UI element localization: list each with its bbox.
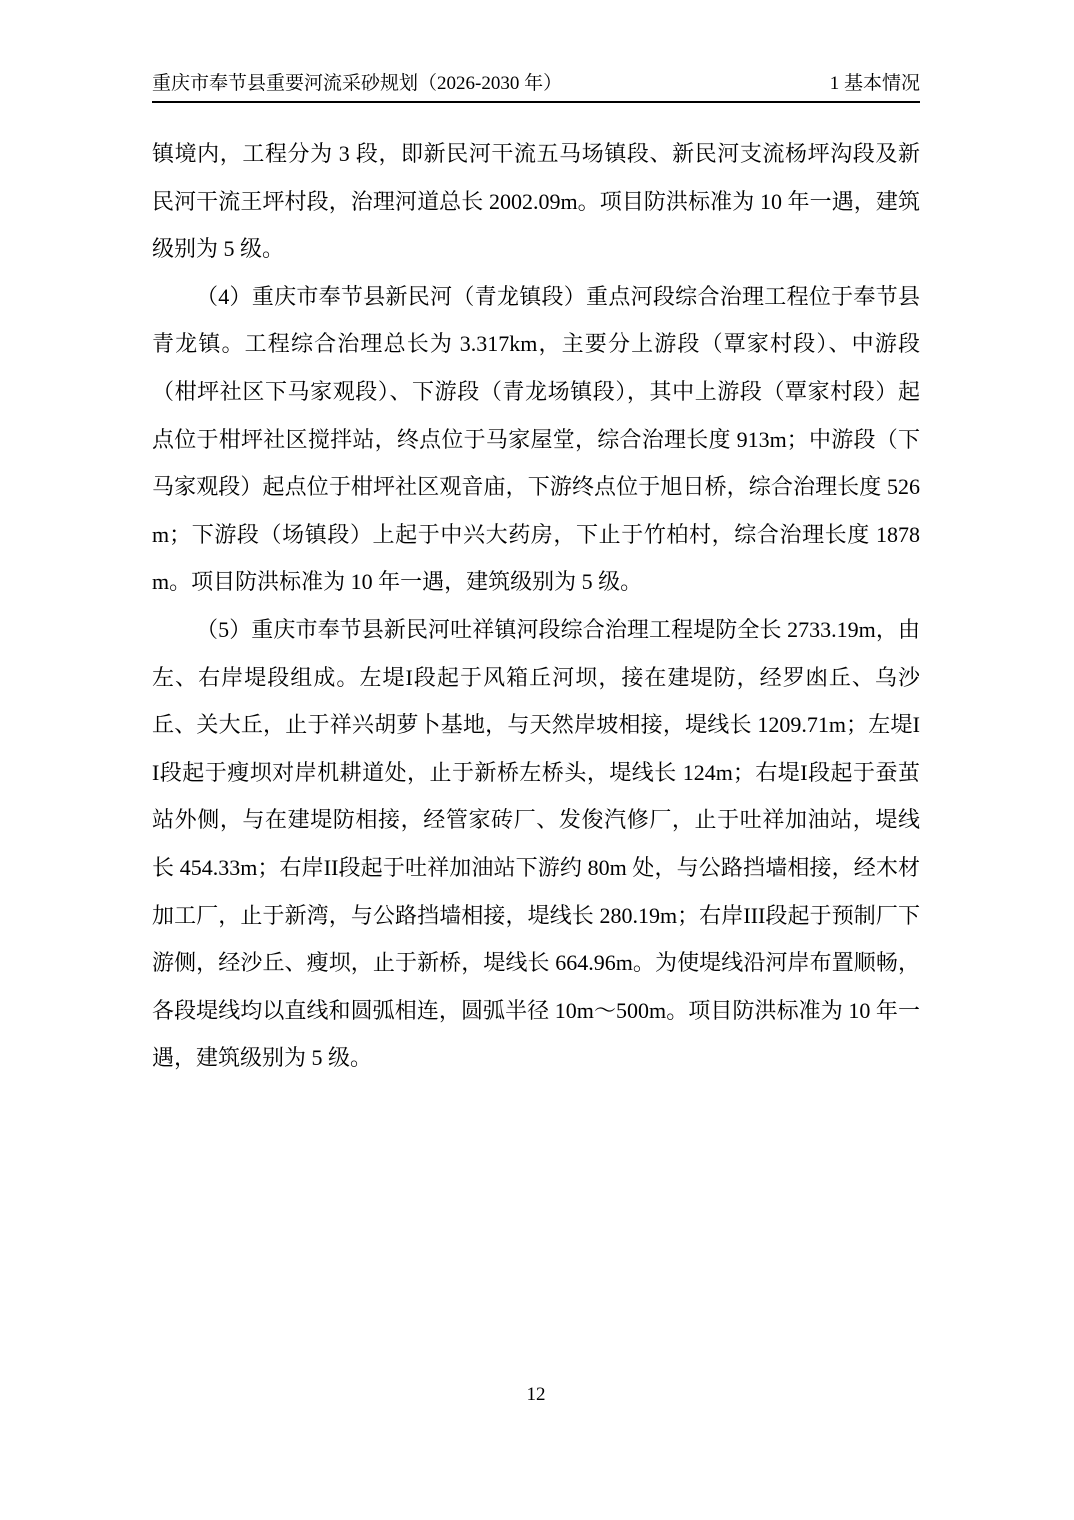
page-number: 12 (152, 1384, 920, 1406)
document-paragraph: 镇境内，工程分为 3 段，即新民河干流五马场镇段、新民河支流杨坪沟段及新民河干流… (152, 130, 920, 273)
running-header: 重庆市奉节县重要河流采砂规划（2026-2030 年） 1 基本情况 (152, 72, 920, 103)
header-section-label: 1 基本情况 (830, 72, 920, 96)
document-body: 镇境内，工程分为 3 段，即新民河干流五马场镇段、新民河支流杨坪沟段及新民河干流… (152, 130, 920, 1082)
header-document-title: 重庆市奉节县重要河流采砂规划（2026-2030 年） (152, 72, 562, 96)
document-page: 重庆市奉节县重要河流采砂规划（2026-2030 年） 1 基本情况 镇境内，工… (0, 0, 1074, 1520)
document-paragraph: （4）重庆市奉节县新民河（青龙镇段）重点河段综合治理工程位于奉节县青龙镇。工程综… (152, 273, 920, 606)
document-paragraph: （5）重庆市奉节县新民河吐祥镇河段综合治理工程堤防全长 2733.19m，由左、… (152, 606, 920, 1082)
